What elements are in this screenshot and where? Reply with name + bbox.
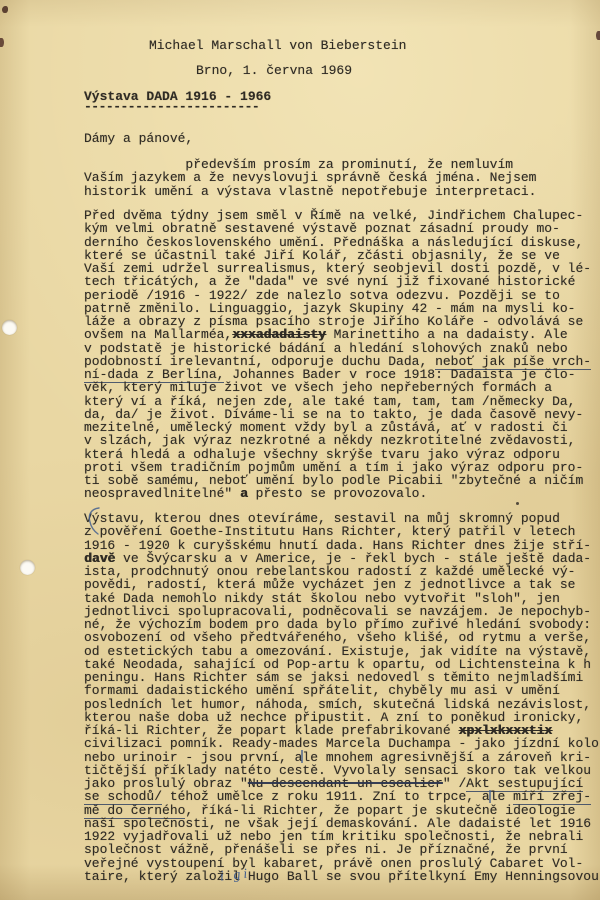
typed-line: povědi, radostí, která může vycházet jen… [84,578,600,591]
typed-line: 1922 vyjadřovali už nebo jen tím kritiku… [84,830,600,843]
pen-insertion-mark [301,750,303,763]
typed-line: tičtější příklady natéto cestě. Vyvolaly… [84,764,600,777]
typed-line: také Dada nemohlo nikdy stát školou nebo… [84,592,600,605]
typed-line: periodě /1916 - 1922/ zde nalezlo sotva … [84,289,600,302]
handwritten-bracket-icon [86,506,102,536]
paragraph: Výstavu, kterou dnes otevíráme, sestavil… [84,512,600,883]
title-underline: ------------------------ [84,100,259,113]
paragraph: Před dvěma týdny jsem směl v Římě na vel… [84,209,600,501]
typed-line: Výstavu, kterou dnes otevíráme, sestavil… [84,512,600,525]
typed-line: kým velmi obratně sestavené výstavě pozn… [84,222,600,235]
typed-line: civilizaci pomník. Ready-mades Marcela D… [84,737,600,750]
typed-line: naší společnosti, ne však její demasková… [84,817,600,830]
ink-speck [516,502,519,505]
typed-line: ovšem na Mallarméa,xxxadadaisty Marinett… [84,328,600,341]
typed-line: z pověření Goethe-Institutu Hans Richter… [84,525,600,538]
typed-line: tech třicátých, a že "dada" ve své nyní … [84,275,600,288]
typed-line: Vaší zemi udržel surrealismus, který seo… [84,262,600,275]
pen-insertion-mark [489,790,491,803]
typed-line: ti sobě samému, neboť umění bylo podle P… [84,474,600,487]
typed-line: mě do černého, říká-li Richter, že popar… [84,804,600,817]
typed-line: osvobození od všeho předtvářeného, všeho… [84,631,600,644]
text-run: neospravedlnitelné" [84,486,240,501]
typed-line: davě ve Švýcarsku a v Americe, je - řekl… [84,552,600,565]
text-run: taire, který založil Hugo Ball se svou p… [84,869,599,884]
paragraph: především prosím za prominutí, že nemluv… [84,158,600,198]
typed-line: který ví a říká, nejen zde, ale také tam… [84,395,600,408]
typed-line: podobností irelevantní, odporuje duchu D… [84,355,600,368]
typed-line: derního československého umění. Přednášk… [84,236,600,249]
typed-line: společnost vážně, přenášeli se přes ni. … [84,843,600,856]
punch-hole [2,320,17,335]
typed-line: ní-dada z Berlína, Johannes Bader v roce… [84,368,600,381]
typed-line: Před dvěma týdny jsem směl v Římě na vel… [84,209,600,222]
typed-line: jednotlivci spolupracovali, podněcovali … [84,605,600,618]
typed-line: říká-li Richter, že popart klade prefabr… [84,724,600,737]
typed-line: kterou naše doba už nechce připustit. A … [84,711,600,724]
typed-line: také Neodada, sahající od Pop-artu k opa… [84,658,600,671]
typed-line: od estetických tabu a omezování. Existuj… [84,645,600,658]
typed-line: mezitelné, umělecký moment vždy byl a zů… [84,421,600,434]
typed-line: ista, prodchnutý onou rebelantskou rados… [84,565,600,578]
text-run: historik umění a výstava vlastně nepotře… [84,184,536,199]
typed-line: peningu. Hans Richter sám se jaksi nedov… [84,671,600,684]
scanned-letter-page: Michael Marschall von Bieberstein Brno, … [0,0,600,900]
dateline: Brno, 1. června 1969 [196,64,352,77]
text-run: a [240,486,248,501]
typed-line: posledních let humor, náhoda, smích, sku… [84,698,600,711]
typed-line: nebo urinoir - jsou první, ale mnohem ag… [84,751,600,764]
typed-line: jako proslulý obraz "Nu descendant un es… [84,777,600,790]
typed-line: formami dadaistického umění spřátelit, c… [84,684,600,697]
typed-line: veřejné vystoupení byl kabaret, právě on… [84,857,600,870]
punch-hole [20,560,35,575]
typed-line: da, da/ je život. Díváme-li se na to tak… [84,408,600,421]
author-line: Michael Marschall von Bieberstein [149,39,406,52]
typed-line: se schodů/ téhož umělce z roku 1911. Zní… [84,790,600,803]
typed-line: především prosím za prominutí, že nemluv… [84,158,600,171]
typed-line: 1916 - 1920 k curyšskému hnutí dada. Han… [84,539,600,552]
handwritten-note: i gi [219,867,251,883]
typed-line: věk, který miluje život ve všech jeho ne… [84,381,600,394]
salutation: Dámy a pánové, [84,132,193,145]
ink-speck [596,31,600,40]
ink-speck [2,6,8,13]
typed-line: které se účastnil také Jiří Kolář, zčást… [84,249,600,262]
typed-line: né, že výchozím bodem pro dada bylo přím… [84,618,600,631]
typed-line: láže a obrazy z písma psacího stroje Jiř… [84,315,600,328]
typed-line: v podstatě je historické bádání a hledán… [84,342,600,355]
ink-speck [0,38,4,47]
typed-line: Vaším jazykem a že nevyslovuji správně č… [84,171,600,184]
typed-line: taire, který založil Hugo Ball se svou p… [84,870,600,883]
typed-line: neospravedlnitelné" a přesto se provozov… [84,487,600,500]
typed-line: historik umění a výstava vlastně nepotře… [84,185,600,198]
typed-line: v slzách, jak výraz nezkrotné a někdy ne… [84,434,600,447]
typed-line: která hledá a odhaluje všechny skrýše tv… [84,448,600,461]
typed-line: patrně změnilo. Linguaggio, jazyk Skupin… [84,302,600,315]
typed-line: proti všem tradičním pojmům umění a tím … [84,461,600,474]
text-run: přesto se provozovalo. [248,486,427,501]
